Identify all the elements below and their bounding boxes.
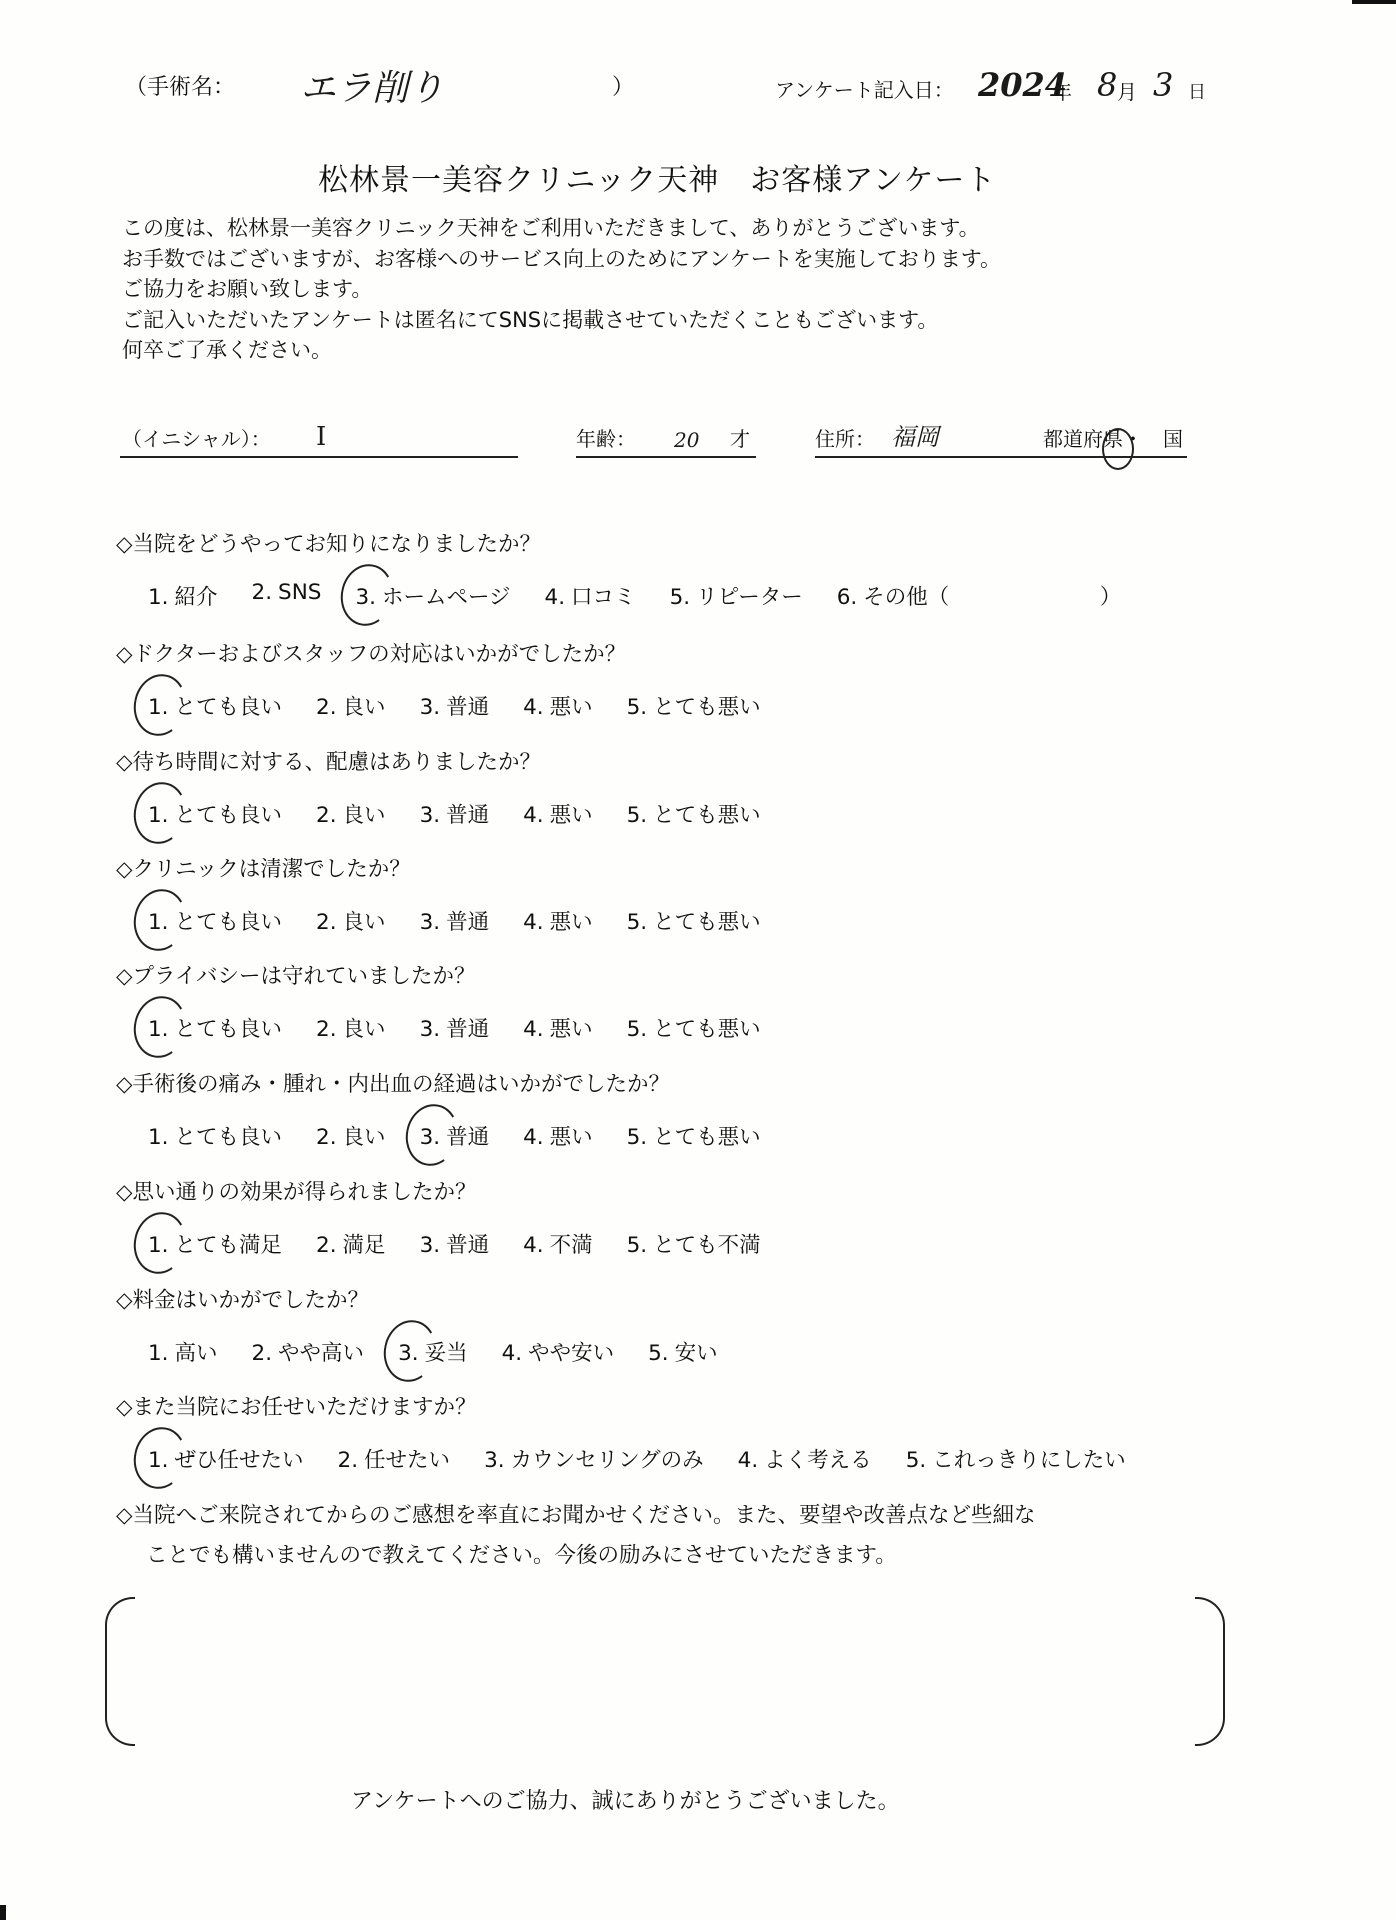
answer-option[interactable]: 2.良い xyxy=(316,1120,386,1151)
age-field[interactable]: 年齢： 20 才 xyxy=(576,424,756,458)
option-label: 悪い xyxy=(550,695,593,720)
question-block: ◇プライバシーは守れていましたか？1.とても良い2.良い3.普通4.悪い5.とて… xyxy=(116,962,795,1043)
scan-edge-mark xyxy=(1352,0,1396,4)
procedure-close: ） xyxy=(612,70,634,101)
answer-option[interactable]: 3.普通 xyxy=(420,1120,490,1151)
date-month[interactable]: 8 xyxy=(1097,66,1117,104)
prefecture-circle-mark xyxy=(1102,428,1134,470)
option-number: 2. xyxy=(316,1125,337,1150)
intro-text: この度は、松林景一美容クリニック天神をご利用いただきまして、ありがとうございます… xyxy=(122,213,1001,366)
answer-option[interactable]: 5.リピーター xyxy=(670,580,803,611)
option-number: 2. xyxy=(316,1017,337,1042)
answer-option[interactable]: 2.満足 xyxy=(316,1228,386,1259)
option-label: 任せたい xyxy=(364,1448,450,1473)
option-number: 2. xyxy=(252,1341,273,1366)
option-number: 6. xyxy=(837,585,858,610)
age-label: 年齢： xyxy=(576,423,636,452)
answer-option[interactable]: 6.その他（ ） xyxy=(837,580,1122,611)
question-title: ◇クリニックは清潔でしたか？ xyxy=(116,855,795,885)
option-label: 悪い xyxy=(550,1017,593,1042)
option-number: 5. xyxy=(627,695,648,720)
question-title: ◇思い通りの効果が得られましたか？ xyxy=(116,1178,795,1208)
option-label: これっきりにしたい xyxy=(932,1448,1126,1473)
option-label: 不満 xyxy=(550,1233,593,1258)
option-number: 5. xyxy=(906,1448,927,1473)
option-number: 5. xyxy=(627,910,648,935)
option-label: とても良い xyxy=(175,910,283,935)
question-block: ◇当院をどうやってお知りになりましたか？1.紹介2.SNS3.ホームページ4.口… xyxy=(116,530,1155,611)
option-label: とても悪い xyxy=(653,1017,761,1042)
initial-value: I xyxy=(316,422,326,452)
answer-option[interactable]: 2.SNS xyxy=(252,580,322,611)
answer-options: 1.とても良い2.良い3.普通4.悪い5.とても悪い xyxy=(116,905,795,936)
option-number: 3. xyxy=(420,1233,441,1258)
option-label: 満足 xyxy=(343,1233,386,1258)
answer-option[interactable]: 4.口コミ xyxy=(545,580,636,611)
option-label: とても良い xyxy=(175,1017,283,1042)
answer-option[interactable]: 2.任せたい xyxy=(338,1443,451,1474)
answer-option[interactable]: 4.悪い xyxy=(523,798,593,829)
answer-option[interactable]: 3.普通 xyxy=(420,1012,490,1043)
answer-option[interactable]: 1.とても良い xyxy=(148,1012,282,1043)
option-label: 普通 xyxy=(446,803,489,828)
selected-circle-mark xyxy=(128,884,192,955)
option-number: 2. xyxy=(316,1233,337,1258)
free-comment-prompt-line1: ◇当院へご来院されてからのご感想を率直にお聞かせください。また、要望や改善点など… xyxy=(116,1496,1036,1536)
option-label: やや安い xyxy=(528,1341,614,1366)
option-label: リピーター xyxy=(696,585,803,610)
answer-option[interactable]: 4.やや安い xyxy=(502,1336,615,1367)
option-number: 5. xyxy=(648,1341,669,1366)
answer-option[interactable]: 4.悪い xyxy=(523,690,593,721)
option-label: 普通 xyxy=(446,1233,489,1258)
answer-option[interactable]: 5.とても悪い xyxy=(627,905,761,936)
option-number: 4. xyxy=(523,1017,544,1042)
selected-circle-mark xyxy=(378,1315,442,1386)
answer-option[interactable]: 3.カウンセリングのみ xyxy=(484,1443,704,1474)
option-label: 普通 xyxy=(446,695,489,720)
option-label: その他（ ） xyxy=(863,585,1121,610)
option-label: とても悪い xyxy=(653,1125,761,1150)
option-label: やや高い xyxy=(278,1341,364,1366)
selected-circle-mark xyxy=(400,1099,464,1170)
question-title: ◇ドクターおよびスタッフの対応はいかがでしたか？ xyxy=(116,640,795,670)
procedure-label: （手術名： xyxy=(125,70,235,101)
question-block: ◇料金はいかがでしたか？1.高い2.やや高い3.妥当4.やや安い5.安い xyxy=(116,1286,752,1367)
initial-field[interactable]: （イニシャル）： I xyxy=(120,424,518,458)
option-label: SNS xyxy=(278,580,321,605)
option-number: 3. xyxy=(420,803,441,828)
option-number: 5. xyxy=(627,1125,648,1150)
option-number: 1. xyxy=(148,1125,169,1150)
answer-option[interactable]: 5.とても悪い xyxy=(627,1012,761,1043)
option-label: 紹介 xyxy=(175,585,218,610)
option-number: 5. xyxy=(627,1017,648,1042)
option-number: 2. xyxy=(338,1448,359,1473)
answer-options: 1.とても良い2.良い3.普通4.悪い5.とても悪い xyxy=(116,798,795,829)
question-title: ◇プライバシーは守れていましたか？ xyxy=(116,962,795,992)
answer-option[interactable]: 2.やや高い xyxy=(252,1336,365,1367)
free-comment-area[interactable] xyxy=(140,1600,1190,1740)
answer-option[interactable]: 5.とても悪い xyxy=(627,798,761,829)
option-label: ホームページ xyxy=(382,585,511,610)
option-label: 高い xyxy=(175,1341,218,1366)
option-label: よく考える xyxy=(764,1448,872,1473)
option-number: 3. xyxy=(484,1448,505,1473)
option-number: 3. xyxy=(420,910,441,935)
answer-option[interactable]: 1.とても良い xyxy=(148,798,282,829)
option-number: 2. xyxy=(316,695,337,720)
option-label: ぜひ任せたい xyxy=(175,1448,304,1473)
option-label: 悪い xyxy=(550,910,593,935)
selected-circle-mark xyxy=(128,1207,192,1278)
answer-option[interactable]: 1.ぜひ任せたい xyxy=(148,1443,304,1474)
option-number: 4. xyxy=(523,803,544,828)
selected-circle-mark xyxy=(128,991,192,1062)
option-label: とても良い xyxy=(175,1125,283,1150)
option-number: 4. xyxy=(738,1448,759,1473)
option-label: 良い xyxy=(343,803,386,828)
free-comment-prompt-line2: ことでも構いませんので教えてください。今後の励みにさせていただきます。 xyxy=(116,1536,1036,1576)
date-month-unit: 月 xyxy=(1117,76,1137,105)
option-number: 5. xyxy=(627,803,648,828)
question-block: ◇待ち時間に対する、配慮はありましたか？1.とても良い2.良い3.普通4.悪い5… xyxy=(116,748,795,829)
option-label: とても満足 xyxy=(175,1233,283,1258)
option-label: 普通 xyxy=(446,910,489,935)
answer-option[interactable]: 2.良い xyxy=(316,1012,386,1043)
question-block: ◇また当院にお任せいただけますか？1.ぜひ任せたい2.任せたい3.カウンセリング… xyxy=(116,1393,1160,1474)
option-label: 良い xyxy=(343,695,386,720)
answer-option[interactable]: 4.よく考える xyxy=(738,1443,872,1474)
option-label: 普通 xyxy=(446,1017,489,1042)
option-number: 4. xyxy=(523,695,544,720)
answer-option[interactable]: 3.普通 xyxy=(420,905,490,936)
answer-options: 1.とても良い2.良い3.普通4.悪い5.とても悪い xyxy=(116,1012,795,1043)
option-label: とても悪い xyxy=(653,803,761,828)
intro-line: この度は、松林景一美容クリニック天神をご利用いただきまして、ありがとうございます… xyxy=(122,213,1001,244)
option-label: とても悪い xyxy=(653,695,761,720)
free-comment-prompt: ◇当院へご来院されてからのご感想を率直にお聞かせください。また、要望や改善点など… xyxy=(116,1496,1036,1576)
initial-label: （イニシャル）： xyxy=(122,423,271,452)
option-label: 悪い xyxy=(550,803,593,828)
option-label: 悪い xyxy=(550,1125,593,1150)
option-label: とても良い xyxy=(175,695,283,720)
option-number: 5. xyxy=(670,585,691,610)
answer-option[interactable]: 5.これっきりにしたい xyxy=(906,1443,1126,1474)
answer-option[interactable]: 5.とても悪い xyxy=(627,690,761,721)
intro-line: お手数ではございますが、お客様へのサービス向上のためにアンケートを実施しておりま… xyxy=(122,244,1001,275)
question-block: ◇クリニックは清潔でしたか？1.とても良い2.良い3.普通4.悪い5.とても悪い xyxy=(116,855,795,936)
date-year-unit: 年 xyxy=(1052,76,1072,105)
option-number: 4. xyxy=(523,1125,544,1150)
prefecture-options: 都道府 xyxy=(1043,423,1103,452)
option-label: 口コミ xyxy=(571,585,636,610)
selected-circle-mark xyxy=(128,777,192,848)
procedure-value[interactable]: エラ削り xyxy=(300,60,444,111)
option-label: 良い xyxy=(343,910,386,935)
option-number: 5. xyxy=(627,1233,648,1258)
comment-bracket-right xyxy=(1195,1597,1225,1746)
answer-option[interactable]: 3.妥当 xyxy=(398,1336,468,1367)
question-title: ◇待ち時間に対する、配慮はありましたか？ xyxy=(116,748,795,778)
option-label: とても悪い xyxy=(653,910,761,935)
scan-edge-mark-bottom xyxy=(0,1905,6,1920)
option-label: カウンセリングのみ xyxy=(511,1448,704,1473)
selected-circle-mark xyxy=(128,669,192,740)
answer-option[interactable]: 1.とても良い xyxy=(148,905,282,936)
option-number: 4. xyxy=(523,910,544,935)
answer-option[interactable]: 1.高い xyxy=(148,1336,218,1367)
option-number: 2. xyxy=(252,580,273,605)
option-number: 3. xyxy=(420,695,441,720)
question-title: ◇また当院にお任せいただけますか？ xyxy=(116,1393,1160,1423)
option-number: 4. xyxy=(545,585,566,610)
answer-option[interactable]: 2.良い xyxy=(316,905,386,936)
page-title: 松林景一美容クリニック天神 お客様アンケート xyxy=(318,155,996,199)
age-unit: 才 xyxy=(730,423,750,452)
answer-option[interactable]: 1.とても良い xyxy=(148,690,282,721)
intro-line: ご記入いただいたアンケートは匿名にてSNSに掲載させていただくこともございます。 xyxy=(122,305,1001,336)
option-number: 1. xyxy=(148,585,169,610)
answer-option[interactable]: 3.普通 xyxy=(420,690,490,721)
answer-option[interactable]: 4.悪い xyxy=(523,1012,593,1043)
option-number: 2. xyxy=(316,803,337,828)
question-block: ◇思い通りの効果が得られましたか？1.とても満足2.満足3.普通4.不満5.とて… xyxy=(116,1178,795,1259)
answer-option[interactable]: 1.紹介 xyxy=(148,580,218,611)
option-label: とても良い xyxy=(175,803,283,828)
age-value: 20 xyxy=(674,428,699,452)
answer-option[interactable]: 4.悪い xyxy=(523,1120,593,1151)
answer-option[interactable]: 3.普通 xyxy=(420,798,490,829)
answer-options: 1.紹介2.SNS3.ホームページ4.口コミ5.リピーター6.その他（ ） xyxy=(116,580,1155,611)
answer-option[interactable]: 2.良い xyxy=(316,690,386,721)
question-title: ◇当院をどうやってお知りになりましたか？ xyxy=(116,530,1155,560)
answer-options: 1.とても満足2.満足3.普通4.不満5.とても不満 xyxy=(116,1228,795,1259)
intro-line: ご協力をお願い致します。 xyxy=(122,274,1001,305)
date-day-unit: 日 xyxy=(1188,78,1206,104)
footer-thanks: アンケートへのご協力、誠にありがとうございました。 xyxy=(351,1784,900,1815)
option-number: 4. xyxy=(523,1233,544,1258)
selected-circle-mark xyxy=(128,1422,192,1493)
answer-options: 1.ぜひ任せたい2.任せたい3.カウンセリングのみ4.よく考える5.これっきりに… xyxy=(116,1443,1160,1474)
comment-bracket-left xyxy=(105,1597,135,1746)
selected-circle-mark xyxy=(336,559,400,630)
option-number: 4. xyxy=(502,1341,523,1366)
answer-option[interactable]: 5.安い xyxy=(648,1336,718,1367)
answer-option[interactable]: 1.とても良い xyxy=(148,1120,282,1151)
question-title: ◇料金はいかがでしたか？ xyxy=(116,1286,752,1316)
answer-option[interactable]: 2.良い xyxy=(316,798,386,829)
answer-options: 1.とても良い2.良い3.普通4.悪い5.とても悪い xyxy=(116,1120,795,1151)
answer-options: 1.高い2.やや高い3.妥当4.やや安い5.安い xyxy=(116,1336,752,1367)
question-block: ◇ドクターおよびスタッフの対応はいかがでしたか？1.とても良い2.良い3.普通4… xyxy=(116,640,795,721)
option-label: とても不満 xyxy=(653,1233,761,1258)
address-value: 福岡 xyxy=(891,417,939,452)
date-label: アンケート記入日： xyxy=(775,74,954,103)
address-label: 住所： xyxy=(815,423,875,452)
option-number: 2. xyxy=(316,910,337,935)
answer-option[interactable]: 3.普通 xyxy=(420,1228,490,1259)
answer-option[interactable]: 4.不満 xyxy=(523,1228,593,1259)
question-block: ◇手術後の痛み・腫れ・内出血の経過はいかがでしたか？1.とても良い2.良い3.普… xyxy=(116,1070,795,1151)
option-number: 1. xyxy=(148,1341,169,1366)
intro-line: 何卒ご了承ください。 xyxy=(122,335,1001,366)
option-label: 良い xyxy=(343,1017,386,1042)
question-title: ◇手術後の痛み・腫れ・内出血の経過はいかがでしたか？ xyxy=(116,1070,795,1100)
answer-option[interactable]: 4.悪い xyxy=(523,905,593,936)
option-label: 安い xyxy=(675,1341,718,1366)
answer-options: 1.とても良い2.良い3.普通4.悪い5.とても悪い xyxy=(116,690,795,721)
option-number: 3. xyxy=(420,1017,441,1042)
answer-option[interactable]: 5.とても不満 xyxy=(627,1228,761,1259)
option-label: 良い xyxy=(343,1125,386,1150)
answer-option[interactable]: 1.とても満足 xyxy=(148,1228,282,1259)
answer-option[interactable]: 5.とても悪い xyxy=(627,1120,761,1151)
country-option: 国 xyxy=(1163,423,1183,452)
answer-option[interactable]: 3.ホームページ xyxy=(355,580,510,611)
date-day[interactable]: 3 xyxy=(1153,66,1173,104)
